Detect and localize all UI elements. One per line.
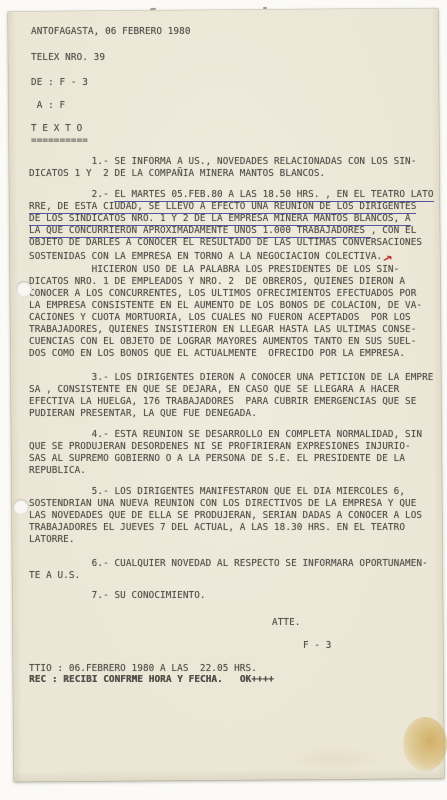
text-line: QUE SE PRODUJERAN DESORDENES NI SE PROFI… bbox=[29, 441, 434, 453]
text-line: RRE, DE ESTA CIUDAD, SE LLEVO A EFECTO U… bbox=[29, 201, 434, 213]
receipt-line: REC : RECIBI CONFRME HORA Y FECHA. OK+++… bbox=[29, 674, 274, 686]
text-line: REPUBLICA. bbox=[29, 465, 434, 477]
text-line: DICATOS NRO. 1 DE EMPLEADOS Y NRO. 2 DE … bbox=[29, 276, 434, 288]
text-line: DICATOS 1 Y 2 DE LA COMPAÑIA MINERA MANT… bbox=[29, 168, 434, 180]
text-line: EFECTIVA LA HUELGA, 176 TRABAJADORES PAR… bbox=[29, 396, 434, 408]
text-segment: 3.- LOS DIRIGENTES DIERON A CONOCER UNA … bbox=[29, 372, 434, 383]
text-line: LATORRE. bbox=[29, 534, 434, 546]
text-line: 7.- SU CONOCIMIENTO. bbox=[29, 590, 434, 602]
paragraph: 3.- LOS DIRIGENTES DIERON A CONOCER UNA … bbox=[29, 372, 434, 420]
red-pen-arrow-annotation: ↗ bbox=[382, 250, 394, 263]
text-line: LAS NOVEDADES QUE DE ELLA SE PRODUJERAN,… bbox=[29, 510, 434, 522]
text-segment: CUENCIAS CON EL OBJETO DE LOGRAR MAYORES… bbox=[29, 336, 416, 347]
pen-underlined-text: EL MARTES 05.FEB.80 A LAS 18.50 HRS. , E… bbox=[114, 189, 433, 202]
text-segment: SA , CONSISTENTE EN QUE SE DEJARA, EN CA… bbox=[29, 384, 399, 395]
text-line: PUDIERAN PRESENTAR, LA QUE FUE DENEGADA. bbox=[29, 408, 434, 420]
scanned-telex-document: ANTOFAGASTA, 06 FEBRERO 1980 TELEX NRO. … bbox=[0, 0, 447, 800]
text-line: 1.- SE INFORMA A US., NOVEDADES RELACION… bbox=[29, 156, 434, 168]
pen-underlined-text: RRE, DE ESTA CIUDAD, SE LLEVO A EFECTO U… bbox=[29, 201, 416, 214]
text-segment: DOS COMO EN LOS BONOS QUE EL ACTUALMENTE… bbox=[29, 348, 405, 359]
paragraph: 7.- SU CONOCIMIENTO. bbox=[29, 590, 434, 602]
text-line: 3.- LOS DIRIGENTES DIERON A CONOCER UNA … bbox=[29, 372, 434, 384]
text-line: SOSTENDRIAN UNA NUEVA REUNION CON LOS DI… bbox=[29, 498, 434, 510]
text-segment: 1.- SE INFORMA A US., NOVEDADES RELACION… bbox=[29, 156, 416, 167]
text-line: DOS COMO EN LOS BONOS QUE EL ACTUALMENTE… bbox=[29, 348, 434, 360]
text-segment: 7.- SU CONOCIMIENTO. bbox=[29, 590, 206, 601]
text-line: TRABAJADORES, QUIENES INSISTIERON EN LLE… bbox=[29, 324, 434, 336]
text-segment: DICATOS NRO. 1 DE EMPLEADOS Y NRO. 2 DE … bbox=[29, 276, 405, 287]
coffee-stain bbox=[403, 717, 447, 771]
paragraph: 4.- ESTA REUNION SE DESARROLLO EN COMPLE… bbox=[29, 429, 434, 477]
text-label: T E X T O bbox=[31, 123, 82, 135]
signature-closing: ATTE. bbox=[272, 617, 301, 629]
dateline: ANTOFAGASTA, 06 FEBRERO 1980 bbox=[31, 26, 191, 38]
punch-hole-bottom bbox=[13, 499, 29, 515]
text-segment: SAS AL SUPREMO GOBIERNO O A LA PERSONA D… bbox=[29, 453, 405, 464]
text-segment: EFECTIVA LA HUELGA, 176 TRABAJADORES PAR… bbox=[29, 396, 416, 407]
text-line: SOSTENIDAS CON LA EMPRESA EN TORNO A LA … bbox=[29, 249, 434, 263]
text-line: OBJETO DE DARLES A CONOCER EL RESULTADO … bbox=[29, 237, 434, 249]
paragraph: 6.- CUALQUIER NOVEDAD AL RESPECTO SE INF… bbox=[29, 558, 434, 582]
text-segment: LAS NOVEDADES QUE DE ELLA SE PRODUJERAN,… bbox=[29, 510, 422, 521]
text-line: CONOCER A LOS CONCURRENTES, LOS ULTIMOS … bbox=[29, 288, 434, 300]
text-segment: DICATOS 1 Y 2 DE LA COMPAÑIA MINERA MANT… bbox=[29, 168, 325, 179]
signature-sender: F - 3 bbox=[303, 640, 332, 652]
text-line: TRABAJADORES EL JUEVES 7 DEL ACTUAL, A L… bbox=[29, 522, 434, 534]
telex-number: TELEX NRO. 39 bbox=[31, 52, 105, 64]
text-segment: CACIONES Y CUOTA MORTUORIA, LOS CUALES N… bbox=[29, 312, 411, 323]
text-line: CACIONES Y CUOTA MORTUORIA, LOS CUALES N… bbox=[29, 312, 434, 324]
text-segment: SOSTENIDAS CON LA EMPRESA EN TORNO A LA … bbox=[29, 251, 382, 262]
text-line: DE LOS SINDICATOS NRO. 1 Y 2 DE LA EMPRE… bbox=[29, 213, 434, 225]
text-segment: 2.- bbox=[29, 189, 114, 200]
text-segment: OBJETO DE DARLES A CONOCER EL RESULTADO … bbox=[29, 237, 422, 248]
text-line: TE A U.S. bbox=[29, 570, 434, 582]
text-segment: LATORRE. bbox=[29, 534, 75, 545]
text-segment: QUE SE PRODUJERAN DESORDENES NI SE PROFI… bbox=[29, 441, 411, 452]
punch-hole-top bbox=[16, 281, 32, 297]
text-line: SAS AL SUPREMO GOBIERNO O A LA PERSONA D… bbox=[29, 453, 434, 465]
from-line: DE : F - 3 bbox=[31, 77, 88, 89]
document-text-layer: ANTOFAGASTA, 06 FEBRERO 1980 TELEX NRO. … bbox=[0, 0, 447, 800]
text-segment: TE A U.S. bbox=[29, 570, 80, 581]
text-line: 6.- CUALQUIER NOVEDAD AL RESPECTO SE INF… bbox=[29, 558, 434, 570]
text-segment: SOSTENDRIAN UNA NUEVA REUNION CON LOS DI… bbox=[29, 498, 416, 509]
paragraph: 1.- SE INFORMA A US., NOVEDADES RELACION… bbox=[29, 156, 434, 180]
text-line: 5.- LOS DIRIGENTES MANIFESTARON QUE EL D… bbox=[29, 486, 434, 498]
paragraph: 5.- LOS DIRIGENTES MANIFESTARON QUE EL D… bbox=[29, 486, 434, 546]
text-line: CUENCIAS CON EL OBJETO DE LOGRAR MAYORES… bbox=[29, 336, 434, 348]
text-line: HICIERON USO DE LA PALABRA LOS PRESIDENT… bbox=[29, 264, 434, 276]
text-segment: PUDIERAN PRESENTAR, LA QUE FUE DENEGADA. bbox=[29, 408, 257, 419]
text-line: 4.- ESTA REUNION SE DESARROLLO EN COMPLE… bbox=[29, 429, 434, 441]
text-segment: 5.- LOS DIRIGENTES MANIFESTARON QUE EL D… bbox=[29, 486, 405, 497]
text-segment: CONOCER A LOS CONCURRENTES, LOS ULTIMOS … bbox=[29, 288, 416, 299]
text-segment: LA EMPRESA CONSISTENTE EN EL AUMENTO DE … bbox=[29, 300, 422, 311]
text-label-rule: ========== bbox=[31, 135, 88, 147]
pen-underlined-text: LA QUE CONCURRIERON APROXIMADAMENTE UNOS… bbox=[29, 225, 371, 238]
text-line: LA QUE CONCURRIERON APROXIMADAMENTE UNOS… bbox=[29, 225, 434, 237]
text-segment: REPUBLICA. bbox=[29, 465, 86, 476]
text-segment: TRABAJADORES, QUIENES INSISTIERON EN LLE… bbox=[29, 324, 416, 335]
faint-stain bbox=[290, 748, 380, 770]
text-segment: 4.- ESTA REUNION SE DESARROLLO EN COMPLE… bbox=[29, 429, 422, 440]
text-line: SA , CONSISTENTE EN QUE SE DEJARA, EN CA… bbox=[29, 384, 434, 396]
text-segment: HICIERON USO DE LA PALABRA LOS PRESIDENT… bbox=[29, 264, 399, 275]
pen-underlined-text: DE LOS SINDICATOS NRO. 1 Y 2 DE LA EMPRE… bbox=[29, 213, 411, 226]
text-segment: , CON EL bbox=[371, 225, 417, 236]
paragraph: HICIERON USO DE LA PALABRA LOS PRESIDENT… bbox=[29, 264, 434, 360]
paragraph: 2.- EL MARTES 05.FEB.80 A LAS 18.50 HRS.… bbox=[29, 189, 434, 263]
text-line: LA EMPRESA CONSISTENTE EN EL AUMENTO DE … bbox=[29, 300, 434, 312]
to-line: A : F bbox=[31, 100, 65, 112]
text-segment: 6.- CUALQUIER NOVEDAD AL RESPECTO SE INF… bbox=[29, 558, 428, 569]
text-segment: TRABAJADORES EL JUEVES 7 DEL ACTUAL, A L… bbox=[29, 522, 405, 533]
text-line: 2.- EL MARTES 05.FEB.80 A LAS 18.50 HRS.… bbox=[29, 189, 434, 201]
